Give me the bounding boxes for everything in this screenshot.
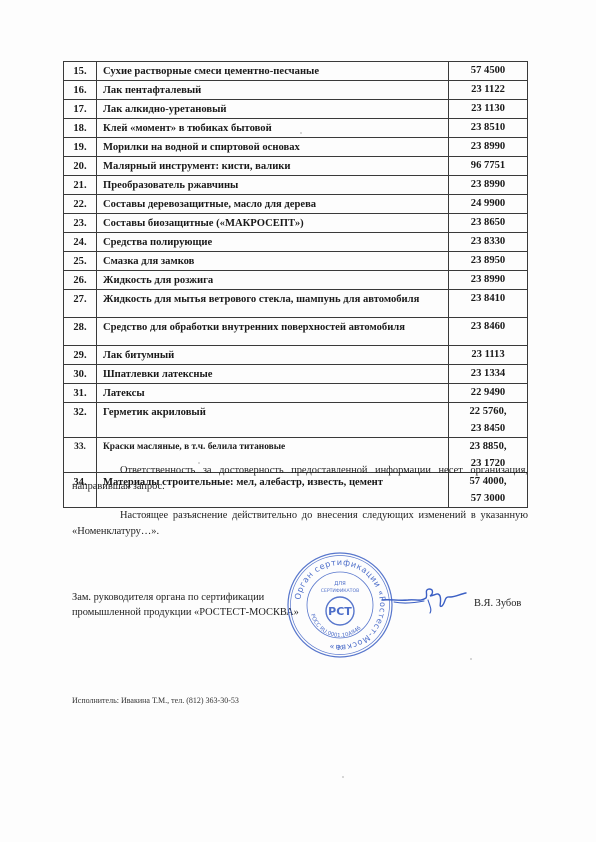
table-row: 19.Морилки на водной и спиртовой основах… — [64, 138, 528, 157]
okp-code: 23 1113 — [449, 346, 528, 365]
row-number: 22. — [64, 195, 97, 214]
row-number: 15. — [64, 62, 97, 81]
okp-code: 23 8330 — [449, 233, 528, 252]
table-row: 31.Латексы22 9490 — [64, 384, 528, 403]
code-value: 57 4500 — [455, 62, 521, 79]
table-row: 22.Составы деревозащитные, масло для дер… — [64, 195, 528, 214]
row-number: 30. — [64, 365, 97, 384]
code-value: 23 8510 — [455, 119, 521, 136]
okp-code: 57 4500 — [449, 62, 528, 81]
code-value: 23 1334 — [455, 365, 521, 382]
signature-icon — [380, 580, 470, 616]
product-name: Сухие растворные смеси цементно-песчаные — [97, 62, 449, 81]
product-name: Составы деревозащитные, масло для дерева — [97, 195, 449, 214]
row-number: 18. — [64, 119, 97, 138]
responsibility-paragraph: Ответственность за достоверность предост… — [72, 463, 528, 495]
product-name: Малярный инструмент: кисти, валики — [97, 157, 449, 176]
okp-code: 22 5760,23 8450 — [449, 403, 528, 438]
row-number: 19. — [64, 138, 97, 157]
okp-code: 96 7751 — [449, 157, 528, 176]
svg-text:К: К — [338, 645, 343, 652]
okp-code: 23 8990 — [449, 176, 528, 195]
table-row: 27.Жидкость для мытья ветрового стекла, … — [64, 290, 528, 318]
row-number: 25. — [64, 252, 97, 271]
product-name: Герметик акриловый — [97, 403, 449, 438]
row-number: 17. — [64, 100, 97, 119]
table-row: 26.Жидкость для розжига23 8990 — [64, 271, 528, 290]
table-row: 24.Средства полирующие23 8330 — [64, 233, 528, 252]
okp-code: 23 8990 — [449, 138, 528, 157]
code-value: 23 8850, — [455, 438, 521, 455]
table-row: 28.Средство для обработки внутренних пов… — [64, 318, 528, 346]
row-number: 21. — [64, 176, 97, 195]
product-name: Средства полирующие — [97, 233, 449, 252]
code-value: 23 8450 — [455, 420, 521, 437]
code-value: 23 1113 — [455, 346, 521, 363]
code-value: 23 1130 — [455, 100, 521, 117]
table-row: 20.Малярный инструмент: кисти, валики96 … — [64, 157, 528, 176]
code-value: 23 8990 — [455, 271, 521, 288]
validity-paragraph: Настоящее разъяснение действительно до в… — [72, 508, 528, 540]
code-value: 22 5760, — [455, 403, 521, 420]
product-name: Средство для обработки внутренних поверх… — [97, 318, 449, 346]
product-name: Лак битумный — [97, 346, 449, 365]
scan-speck — [198, 462, 200, 464]
okp-code: 23 8650 — [449, 214, 528, 233]
table-row: 23.Составы биозащитные («МАКРОСЕПТ»)23 8… — [64, 214, 528, 233]
okp-code: 23 8410 — [449, 290, 528, 318]
product-name: Латексы — [97, 384, 449, 403]
okp-code: 22 9490 — [449, 384, 528, 403]
code-value: 24 9900 — [455, 195, 521, 212]
row-number: 32. — [64, 403, 97, 438]
code-value: 23 1122 — [455, 81, 521, 98]
responsibility-text: Ответственность за достоверность предост… — [72, 465, 528, 492]
okp-code: 23 8510 — [449, 119, 528, 138]
row-number: 29. — [64, 346, 97, 365]
document-page: 15.Сухие растворные смеси цементно-песча… — [0, 0, 596, 842]
product-name: Шпатлевки латексные — [97, 365, 449, 384]
okp-code: 23 8460 — [449, 318, 528, 346]
product-name: Смазка для замков — [97, 252, 449, 271]
scan-speck — [470, 658, 472, 660]
table-row: 18.Клей «момент» в тюбиках бытовой23 851… — [64, 119, 528, 138]
executor-line: Исполнитель: Ивакина Т.М., тел. (812) 36… — [72, 696, 239, 705]
code-value: 23 8330 — [455, 233, 521, 250]
row-number: 16. — [64, 81, 97, 100]
product-name: Жидкость для мытья ветрового стекла, шам… — [97, 290, 449, 318]
code-value: 23 8410 — [455, 290, 521, 307]
signer-title: Зам. руководителя органа по сертификации… — [72, 590, 299, 620]
code-value: 23 8950 — [455, 252, 521, 269]
signer-title-line2: промышленной продукции «РОСТЕСТ-МОСКВА» — [72, 605, 299, 620]
okp-code: 23 1122 — [449, 81, 528, 100]
table-row: 17.Лак алкидно-уретановый23 1130 — [64, 100, 528, 119]
product-name: Морилки на водной и спиртовой основах — [97, 138, 449, 157]
scan-speck — [342, 776, 344, 778]
table-row: 15.Сухие растворные смеси цементно-песча… — [64, 62, 528, 81]
row-number: 27. — [64, 290, 97, 318]
product-name: Составы биозащитные («МАКРОСЕПТ») — [97, 214, 449, 233]
table-row: 16.Лак пентафталевый23 1122 — [64, 81, 528, 100]
table-row: 30.Шпатлевки латексные23 1334 — [64, 365, 528, 384]
svg-text:РСТ: РСТ — [328, 605, 352, 618]
code-value: 23 8460 — [455, 318, 521, 335]
svg-text:ДЛЯ: ДЛЯ — [334, 581, 346, 587]
product-name: Преобразователь ржавчины — [97, 176, 449, 195]
signer-title-line1: Зам. руководителя органа по сертификации — [72, 590, 299, 605]
table-row: 21.Преобразователь ржавчины23 8990 — [64, 176, 528, 195]
code-value: 23 8990 — [455, 176, 521, 193]
product-codes-table: 15.Сухие растворные смеси цементно-песча… — [63, 61, 528, 508]
row-number: 28. — [64, 318, 97, 346]
code-value: 23 8990 — [455, 138, 521, 155]
okp-code: 23 8950 — [449, 252, 528, 271]
product-name: Жидкость для розжига — [97, 271, 449, 290]
signer-name: В.Я. Зубов — [474, 598, 521, 609]
code-value: 96 7751 — [455, 157, 521, 174]
table-row: 32.Герметик акриловый22 5760,23 8450 — [64, 403, 528, 438]
row-number: 23. — [64, 214, 97, 233]
product-name: Лак пентафталевый — [97, 81, 449, 100]
validity-text: Настоящее разъяснение действительно до в… — [72, 510, 528, 537]
code-value: 22 9490 — [455, 384, 521, 401]
certification-stamp-icon: Орган сертификации «Ростест-Москва» ДЛЯ … — [286, 551, 394, 659]
row-number: 26. — [64, 271, 97, 290]
okp-code: 24 9900 — [449, 195, 528, 214]
row-number: 20. — [64, 157, 97, 176]
okp-code: 23 8990 — [449, 271, 528, 290]
okp-code: 23 1334 — [449, 365, 528, 384]
product-name: Клей «момент» в тюбиках бытовой — [97, 119, 449, 138]
scan-speck — [300, 132, 302, 134]
okp-code: 23 1130 — [449, 100, 528, 119]
table-row: 25.Смазка для замков23 8950 — [64, 252, 528, 271]
code-value: 23 8650 — [455, 214, 521, 231]
table-row: 29.Лак битумный23 1113 — [64, 346, 528, 365]
row-number: 31. — [64, 384, 97, 403]
svg-text:СЕРТИФИКАТОВ: СЕРТИФИКАТОВ — [321, 588, 360, 594]
row-number: 24. — [64, 233, 97, 252]
product-name: Лак алкидно-уретановый — [97, 100, 449, 119]
